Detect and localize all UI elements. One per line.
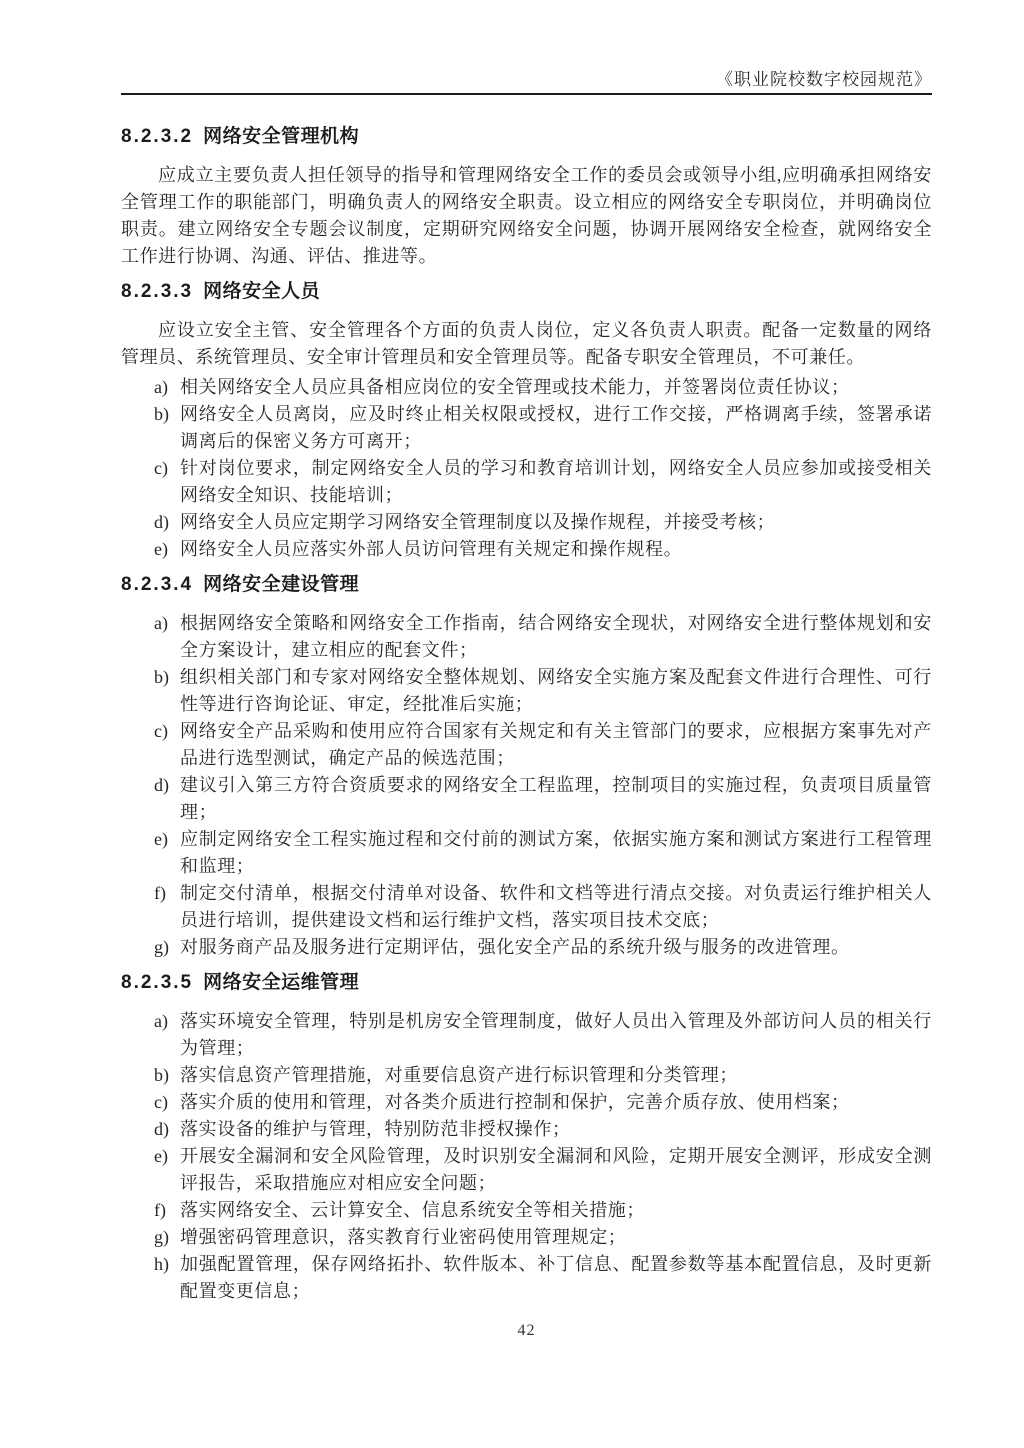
- section-number: 8.2.3.3: [121, 281, 193, 302]
- list-item: e)应制定网络安全工程实施过程和交付前的测试方案，依据实施方案和测试方案进行工程…: [121, 826, 932, 880]
- list-item-text: 制定交付清单，根据交付清单对设备、软件和文档等进行清点交接。对负责运行维护相关人…: [180, 880, 932, 934]
- page-header: 《职业院校数字校园规范》: [121, 70, 932, 95]
- list-item-text: 落实介质的使用和管理，对各类介质进行控制和保护，完善介质存放、使用档案；: [180, 1089, 932, 1116]
- list-item: d)建议引入第三方符合资质要求的网络安全工程监理，控制项目的实施过程，负责项目质…: [121, 772, 932, 826]
- list-item-text: 网络安全产品采购和使用应符合国家有关规定和有关主管部门的要求，应根据方案事先对产…: [180, 718, 932, 772]
- list-item: f)制定交付清单，根据交付清单对设备、软件和文档等进行清点交接。对负责运行维护相…: [121, 880, 932, 934]
- section-8.2.3.4: 8.2.3.4网络安全建设管理a)根据网络安全策略和网络安全工作指南，结合网络安…: [121, 572, 932, 961]
- list-item-letter: a): [154, 610, 180, 664]
- list-item-letter: c): [154, 718, 180, 772]
- section-number: 8.2.3.4: [121, 574, 193, 595]
- list-item: h)加强配置管理，保存网络拓扑、软件版本、补丁信息、配置参数等基本配置信息，及时…: [121, 1251, 932, 1305]
- list-item: d)网络安全人员应定期学习网络安全管理制度以及操作规程，并接受考核；: [121, 509, 932, 536]
- list-item-text: 针对岗位要求，制定网络安全人员的学习和教育培训计划，网络安全人员应参加或接受相关…: [180, 455, 932, 509]
- list-item-letter: h): [154, 1251, 180, 1305]
- section-title: 网络安全管理机构: [203, 126, 359, 147]
- paragraph: 应设立安全主管、安全管理各个方面的负责人岗位，定义各负责人职责。配备一定数量的网…: [121, 317, 932, 371]
- list-item-text: 网络安全人员应落实外部人员访问管理有关规定和操作规程。: [180, 536, 932, 563]
- list-item-text: 根据网络安全策略和网络安全工作指南，结合网络安全现状，对网络安全进行整体规划和安…: [180, 610, 932, 664]
- section-8.2.3.3: 8.2.3.3网络安全人员应设立安全主管、安全管理各个方面的负责人岗位，定义各负…: [121, 279, 932, 563]
- list-item-letter: c): [154, 455, 180, 509]
- section-title: 网络安全建设管理: [203, 574, 359, 595]
- list-item-text: 开展安全漏洞和安全风险管理，及时识别安全漏洞和风险，定期开展安全测评，形成安全测…: [180, 1143, 932, 1197]
- section-title: 网络安全运维管理: [203, 972, 359, 993]
- list-item-letter: e): [154, 1143, 180, 1197]
- list-item-text: 增强密码管理意识，落实教育行业密码使用管理规定；: [180, 1224, 932, 1251]
- list-item-letter: a): [154, 1008, 180, 1062]
- list-item: g)增强密码管理意识，落实教育行业密码使用管理规定；: [121, 1224, 932, 1251]
- list-item-letter: a): [154, 374, 180, 401]
- list-item: b)落实信息资产管理措施，对重要信息资产进行标识管理和分类管理；: [121, 1062, 932, 1089]
- item-list: a)根据网络安全策略和网络安全工作指南，结合网络安全现状，对网络安全进行整体规划…: [121, 610, 932, 961]
- list-item-letter: b): [154, 401, 180, 455]
- list-item-letter: b): [154, 1062, 180, 1089]
- list-item-letter: g): [154, 934, 180, 961]
- list-item: f)落实网络安全、云计算安全、信息系统安全等相关措施；: [121, 1197, 932, 1224]
- document-page: 《职业院校数字校园规范》 8.2.3.2网络安全管理机构应成立主要负责人担任领导…: [0, 0, 1024, 1448]
- list-item: b)组织相关部门和专家对网络安全整体规划、网络安全实施方案及配套文件进行合理性、…: [121, 664, 932, 718]
- list-item-letter: e): [154, 826, 180, 880]
- list-item-text: 对服务商产品及服务进行定期评估，强化安全产品的系统升级与服务的改进管理。: [180, 934, 932, 961]
- list-item-text: 网络安全人员离岗，应及时终止相关权限或授权，进行工作交接，严格调离手续，签署承诺…: [180, 401, 932, 455]
- list-item-text: 组织相关部门和专家对网络安全整体规划、网络安全实施方案及配套文件进行合理性、可行…: [180, 664, 932, 718]
- list-item-text: 落实网络安全、云计算安全、信息系统安全等相关措施；: [180, 1197, 932, 1224]
- list-item-letter: e): [154, 536, 180, 563]
- list-item-text: 加强配置管理，保存网络拓扑、软件版本、补丁信息、配置参数等基本配置信息，及时更新…: [180, 1251, 932, 1305]
- list-item: e)开展安全漏洞和安全风险管理，及时识别安全漏洞和风险，定期开展安全测评，形成安…: [121, 1143, 932, 1197]
- list-item-letter: b): [154, 664, 180, 718]
- section-heading: 8.2.3.4网络安全建设管理: [121, 572, 932, 598]
- list-item: c)落实介质的使用和管理，对各类介质进行控制和保护，完善介质存放、使用档案；: [121, 1089, 932, 1116]
- list-item: g)对服务商产品及服务进行定期评估，强化安全产品的系统升级与服务的改进管理。: [121, 934, 932, 961]
- list-item: c)针对岗位要求，制定网络安全人员的学习和教育培训计划，网络安全人员应参加或接受…: [121, 455, 932, 509]
- list-item-letter: g): [154, 1224, 180, 1251]
- list-item-text: 相关网络安全人员应具备相应岗位的安全管理或技术能力，并签署岗位责任协议；: [180, 374, 932, 401]
- page-footer: 42: [121, 1322, 932, 1340]
- section-heading: 8.2.3.3网络安全人员: [121, 279, 932, 305]
- list-item: a)落实环境安全管理，特别是机房安全管理制度，做好人员出入管理及外部访问人员的相…: [121, 1008, 932, 1062]
- list-item-letter: d): [154, 1116, 180, 1143]
- header-doc-title: 《职业院校数字校园规范》: [121, 70, 932, 90]
- list-item-text: 落实信息资产管理措施，对重要信息资产进行标识管理和分类管理；: [180, 1062, 932, 1089]
- list-item-text: 网络安全人员应定期学习网络安全管理制度以及操作规程，并接受考核；: [180, 509, 932, 536]
- section-title: 网络安全人员: [203, 281, 320, 302]
- paragraph: 应成立主要负责人担任领导的指导和管理网络安全工作的委员会或领导小组,应明确承担网…: [121, 162, 932, 270]
- list-item: e)网络安全人员应落实外部人员访问管理有关规定和操作规程。: [121, 536, 932, 563]
- header-rule: [121, 93, 932, 95]
- list-item-text: 落实设备的维护与管理，特别防范非授权操作；: [180, 1116, 932, 1143]
- section-number: 8.2.3.2: [121, 126, 193, 147]
- list-item-text: 建议引入第三方符合资质要求的网络安全工程监理，控制项目的实施过程，负责项目质量管…: [180, 772, 932, 826]
- list-item: a)相关网络安全人员应具备相应岗位的安全管理或技术能力，并签署岗位责任协议；: [121, 374, 932, 401]
- list-item: a)根据网络安全策略和网络安全工作指南，结合网络安全现状，对网络安全进行整体规划…: [121, 610, 932, 664]
- list-item-text: 落实环境安全管理，特别是机房安全管理制度，做好人员出入管理及外部访问人员的相关行…: [180, 1008, 932, 1062]
- item-list: a)相关网络安全人员应具备相应岗位的安全管理或技术能力，并签署岗位责任协议；b)…: [121, 374, 932, 563]
- section-heading: 8.2.3.2网络安全管理机构: [121, 124, 932, 150]
- section-heading: 8.2.3.5网络安全运维管理: [121, 970, 932, 996]
- section-8.2.3.5: 8.2.3.5网络安全运维管理a)落实环境安全管理，特别是机房安全管理制度，做好…: [121, 970, 932, 1305]
- list-item-letter: f): [154, 880, 180, 934]
- page-number: 42: [518, 1322, 536, 1339]
- list-item: d)落实设备的维护与管理，特别防范非授权操作；: [121, 1116, 932, 1143]
- list-item-letter: d): [154, 509, 180, 536]
- list-item-text: 应制定网络安全工程实施过程和交付前的测试方案，依据实施方案和测试方案进行工程管理…: [180, 826, 932, 880]
- list-item-letter: d): [154, 772, 180, 826]
- list-item-letter: f): [154, 1197, 180, 1224]
- section-8.2.3.2: 8.2.3.2网络安全管理机构应成立主要负责人担任领导的指导和管理网络安全工作的…: [121, 124, 932, 270]
- list-item-letter: c): [154, 1089, 180, 1116]
- section-number: 8.2.3.5: [121, 972, 193, 993]
- document-content: 8.2.3.2网络安全管理机构应成立主要负责人担任领导的指导和管理网络安全工作的…: [121, 96, 932, 1305]
- list-item: b)网络安全人员离岗，应及时终止相关权限或授权，进行工作交接，严格调离手续，签署…: [121, 401, 932, 455]
- item-list: a)落实环境安全管理，特别是机房安全管理制度，做好人员出入管理及外部访问人员的相…: [121, 1008, 932, 1305]
- list-item: c)网络安全产品采购和使用应符合国家有关规定和有关主管部门的要求，应根据方案事先…: [121, 718, 932, 772]
